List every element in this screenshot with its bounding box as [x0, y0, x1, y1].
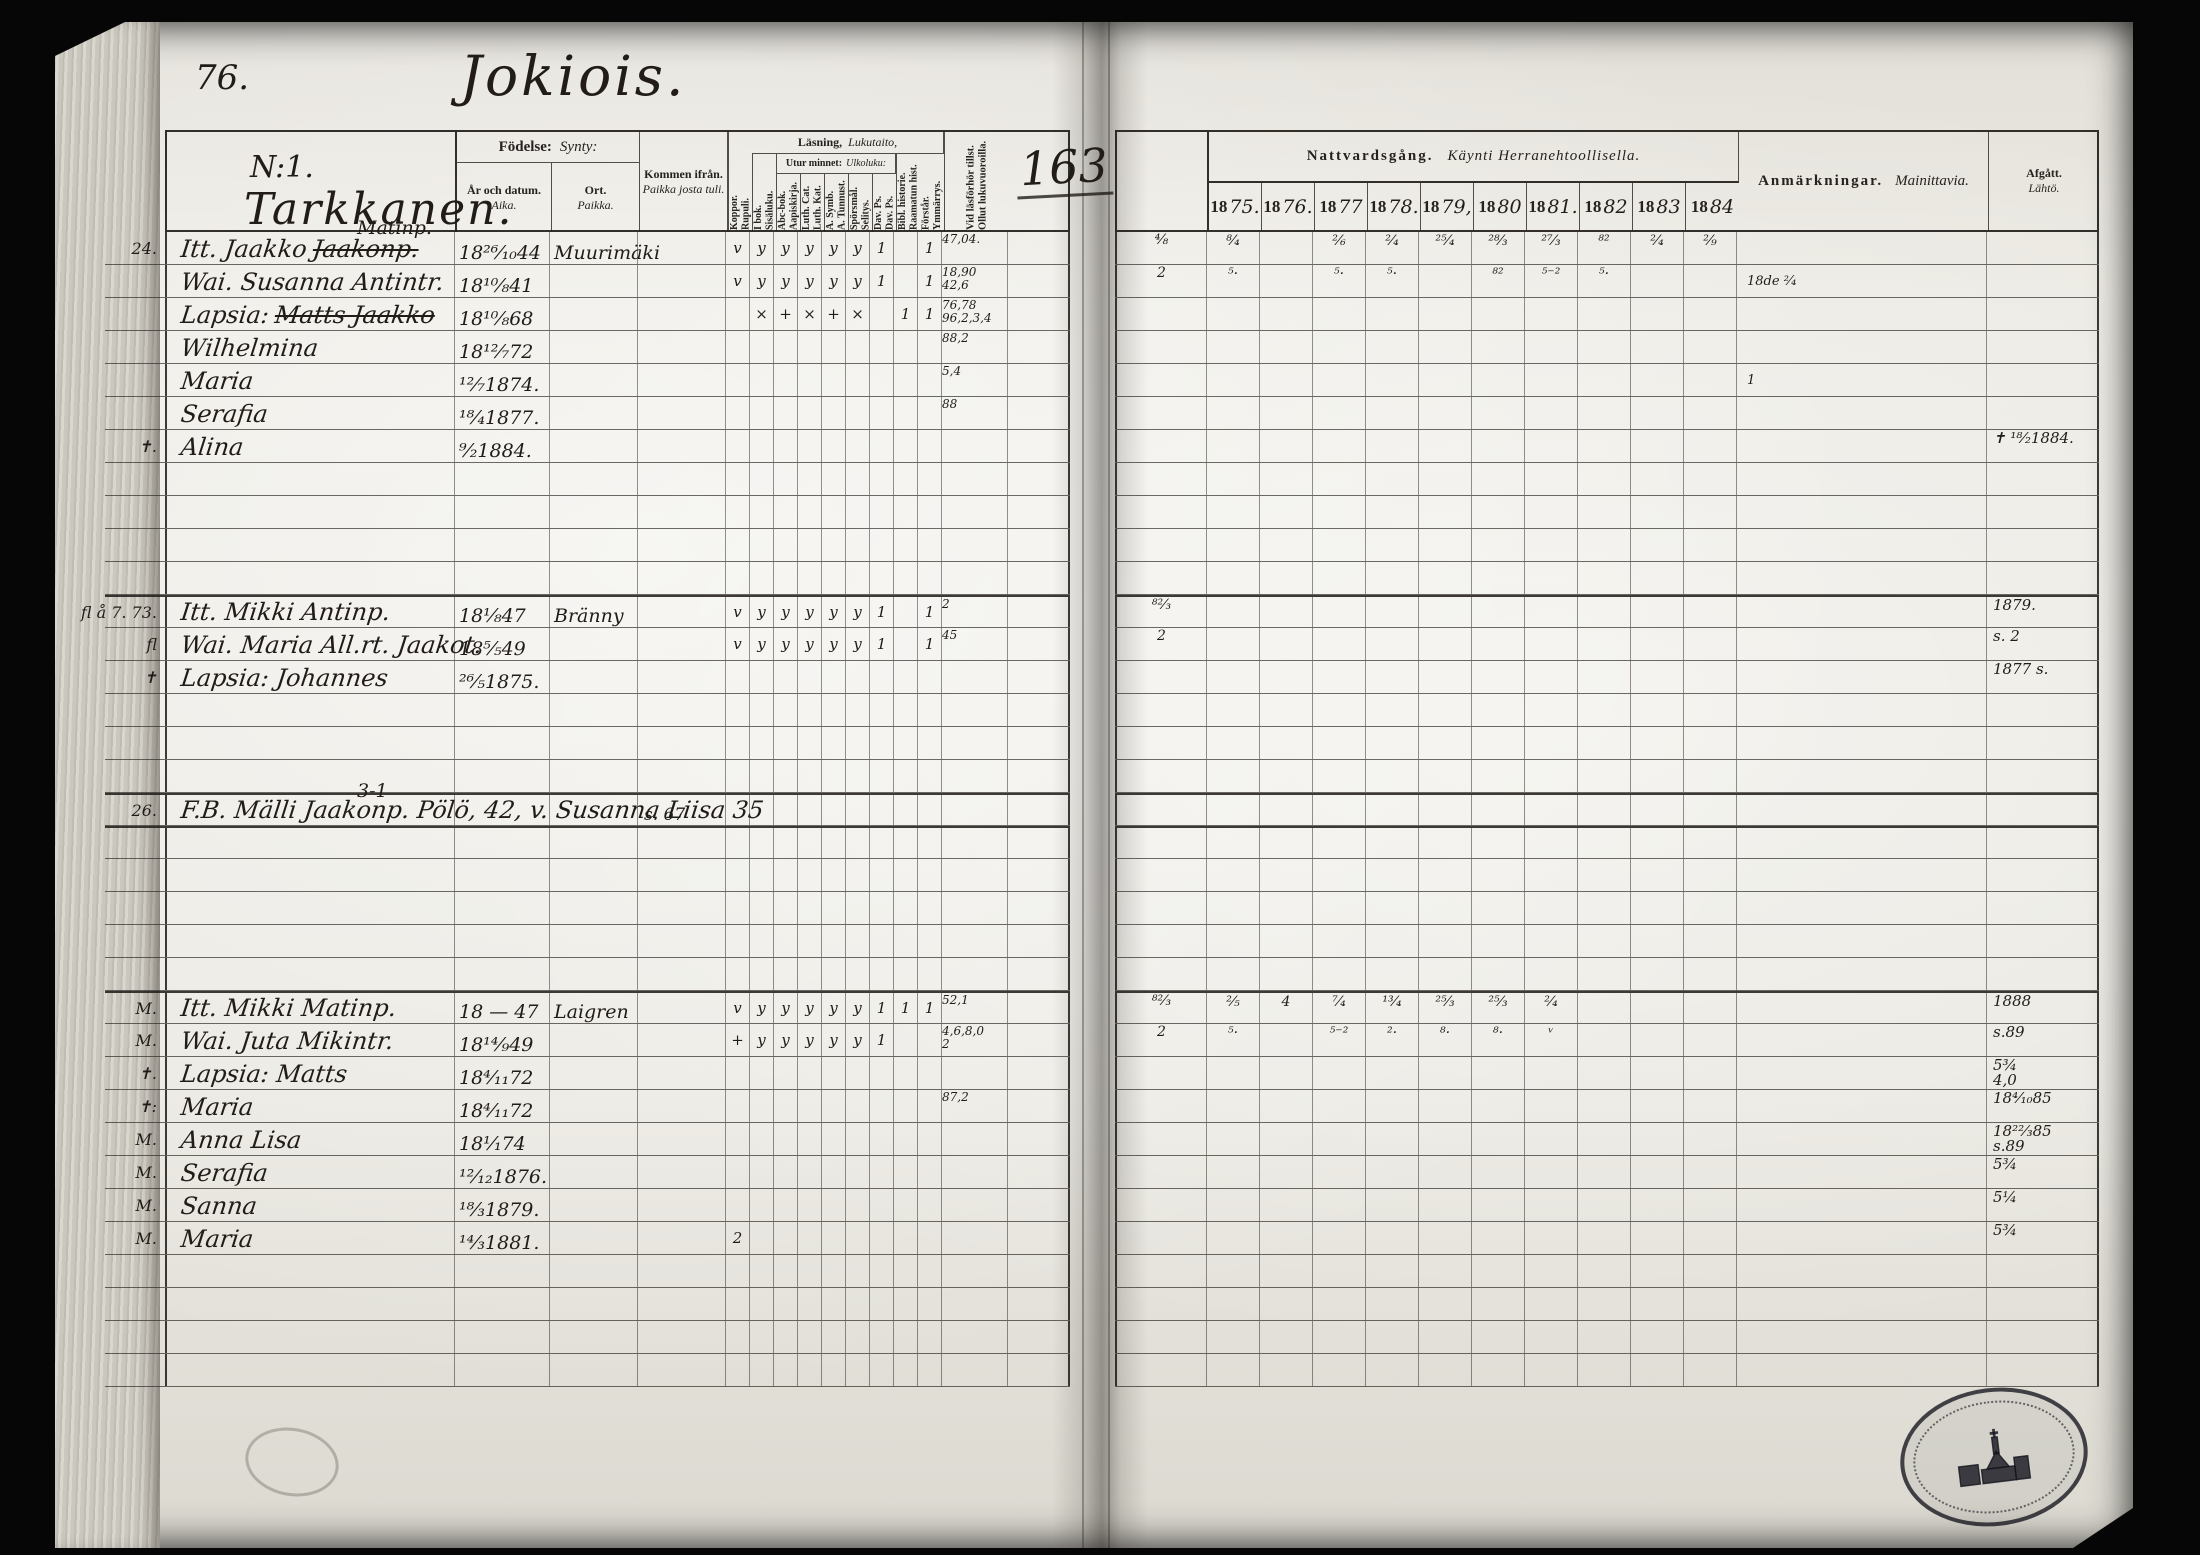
spare-column-header	[1010, 132, 1068, 232]
remarks-cell	[1737, 1354, 1987, 1386]
communion-year-cell	[1631, 1288, 1684, 1320]
row-margin-note: M.	[105, 1189, 165, 1221]
reading-cols: I bok. Sisäluku.Abc-bok. Aapiskirja.Luth…	[752, 132, 944, 232]
attendance-note-cell	[942, 496, 1008, 528]
birth-label-fi: Synty:	[560, 139, 597, 156]
reading-mark-cell	[822, 1057, 846, 1089]
register-row-right	[1115, 298, 2099, 331]
spare-cell	[1008, 1024, 1070, 1056]
reading-mark-cell	[870, 1288, 894, 1320]
communion-year-cell	[1313, 463, 1366, 495]
birth-place-cell	[550, 298, 638, 330]
birth-place-cell	[550, 397, 638, 429]
birth-place-cell	[550, 958, 638, 990]
communion-pre-cell: ⁴⁄₈	[1115, 232, 1207, 264]
reading-mark-cell	[894, 1123, 918, 1155]
reading-mark-cell	[750, 1255, 774, 1287]
birth-date-cell	[455, 795, 550, 825]
communion-year-cell	[1313, 859, 1366, 891]
come-from-header: Kommen ifrån. Paikka josta tuli.	[640, 132, 728, 232]
spare-cell	[1008, 993, 1070, 1023]
communion-year-cell	[1207, 529, 1260, 561]
person-name-cell: F.B. Mälli Jaakonp. Pölö, 42, v. Susanna…	[165, 795, 455, 825]
communion-year-cell	[1578, 892, 1631, 924]
person-name: Serafia	[179, 1158, 269, 1188]
page-edge-line	[1082, 22, 1084, 1548]
reading-mark-cell	[846, 496, 870, 528]
birth-date-cell	[455, 1255, 550, 1287]
communion-pre-cell	[1115, 694, 1207, 726]
communion-year-cell: ²⁵⁄₃	[1472, 993, 1525, 1023]
communion-pre-cell	[1115, 1189, 1207, 1221]
communion-year-cell	[1578, 628, 1631, 660]
remarks-cell	[1737, 760, 1987, 792]
communion-pre-cell	[1115, 859, 1207, 891]
communion-year-cell	[1419, 795, 1472, 825]
reading-mark-cell	[894, 892, 918, 924]
remarks-cell	[1737, 628, 1987, 660]
register-row-left	[105, 826, 1070, 859]
communion-year-cell	[1419, 828, 1472, 858]
birth-date-cell: 18 — 47	[455, 993, 550, 1023]
reading-mark-cell	[750, 1057, 774, 1089]
come-from-cell	[638, 463, 726, 495]
person-name-cell: Anna Lisa	[165, 1123, 455, 1155]
reading-mark-cell	[798, 1189, 822, 1221]
departed-cell	[1987, 760, 2099, 792]
smallpox-mark-cell	[726, 430, 750, 462]
communion-year-cell	[1684, 727, 1737, 759]
remarks-cell	[1737, 1123, 1987, 1155]
person-name-cell	[165, 529, 455, 561]
communion-year-cell	[1631, 529, 1684, 561]
reading-mark-cell	[918, 859, 942, 891]
communion-year-cell	[1419, 1189, 1472, 1221]
register-row-left: M.Anna Lisa18¹⁄₁74	[105, 1123, 1070, 1156]
remarks-cell	[1737, 496, 1987, 528]
communion-year-cell	[1631, 562, 1684, 594]
come-from-cell	[638, 661, 726, 693]
communion-year-cell	[1578, 795, 1631, 825]
communion-year-cell: ²⁄₉	[1684, 232, 1737, 264]
reading-mark-cell	[750, 1321, 774, 1353]
row-margin-note: ✝.	[105, 430, 165, 462]
communion-year-cell	[1472, 628, 1525, 660]
person-name-cell	[165, 925, 455, 957]
folio-number: 76.	[195, 58, 249, 98]
reading-mark-cell	[870, 1222, 894, 1254]
reading-mark-cell	[798, 795, 822, 825]
come-from-cell: s. 67	[638, 795, 726, 825]
reading-mark-cell	[822, 694, 846, 726]
communion-year-cell	[1631, 1255, 1684, 1287]
remarks-cell	[1737, 562, 1987, 594]
register-row-left	[105, 892, 1070, 925]
communion-year-cell	[1313, 958, 1366, 990]
communion-year-cell	[1684, 1321, 1737, 1353]
birth-place-cell	[550, 364, 638, 396]
smallpox-mark-cell: v	[726, 628, 750, 660]
communion-year-cell	[1578, 1156, 1631, 1188]
communion-year-cell	[1207, 331, 1260, 363]
communion-year-cell	[1260, 1222, 1313, 1254]
reading-mark-cell	[798, 463, 822, 495]
register-row-left: M.Serafia¹²⁄₁₂1876.	[105, 1156, 1070, 1189]
communion-year-cell	[1684, 463, 1737, 495]
spare-cell	[1008, 1354, 1070, 1386]
row-margin-note	[105, 298, 165, 330]
smallpox-mark-cell	[726, 1057, 750, 1089]
communion-year-cell	[1419, 430, 1472, 462]
communion-year-cell	[1260, 597, 1313, 627]
reading-col-header: Förstår. Ymmärrys.	[920, 154, 944, 232]
reading-mark-cell: y	[774, 232, 798, 264]
person-name-cell: Wai. Juta Mikintr.	[165, 1024, 455, 1056]
communion-label-fi: Käynti Herranehtoollisella.	[1447, 148, 1640, 165]
communion-year-cell	[1260, 430, 1313, 462]
reading-mark-cell	[918, 1024, 942, 1056]
remarks-cell	[1737, 859, 1987, 891]
reading-mark-cell	[918, 1321, 942, 1353]
communion-year-cell: ᵛ	[1525, 1024, 1578, 1056]
communion-year-cell	[1366, 597, 1419, 627]
departed-label-sv: Afgått.	[2026, 166, 2062, 181]
spare-cell	[1008, 1255, 1070, 1287]
communion-year-cell	[1472, 364, 1525, 396]
communion-year-cell	[1419, 463, 1472, 495]
reading-mark-cell: +	[822, 298, 846, 330]
spare-cell	[1008, 232, 1070, 264]
remarks-cell	[1737, 298, 1987, 330]
reading-mark-cell: y	[846, 1024, 870, 1056]
communion-year-cell	[1313, 298, 1366, 330]
birth-header: Födelse: Synty:	[457, 132, 640, 162]
reading-mark-cell: 1	[870, 232, 894, 264]
communion-year-cell	[1631, 958, 1684, 990]
person-name-cell: Itt. JaakkoJaakonp.Matinp.	[165, 232, 455, 264]
person-name: Sanna	[179, 1191, 259, 1221]
reading-mark-cell	[918, 1090, 942, 1122]
attendance-note-cell	[942, 463, 1008, 495]
reading-mark-cell	[750, 694, 774, 726]
communion-year-cell	[1207, 298, 1260, 330]
reading-mark-cell	[774, 925, 798, 957]
person-name-cell	[165, 1288, 455, 1320]
reading-mark-cell: y	[822, 597, 846, 627]
reading-mark-cell: y	[774, 265, 798, 297]
communion-year-cell	[1631, 298, 1684, 330]
come-from-cell	[638, 993, 726, 1023]
spare-cell	[1008, 628, 1070, 660]
communion-year-cell	[1260, 1288, 1313, 1320]
reading-mark-cell	[846, 331, 870, 363]
reading-mark-cell	[918, 828, 942, 858]
register-row-right	[1115, 496, 2099, 529]
reading-mark-cell: 1	[918, 265, 942, 297]
person-name-cell: Itt. Mikki Matinp.	[165, 993, 455, 1023]
year-header: 1877	[1315, 183, 1368, 230]
reading-mark-cell	[846, 925, 870, 957]
come-from-cell	[638, 1156, 726, 1188]
year-printed: 18	[1210, 197, 1227, 217]
communion-year-cell	[1578, 859, 1631, 891]
register-row-left: Maria¹²⁄₇1874.5,4	[105, 364, 1070, 397]
person-name-cell: Sanna	[165, 1189, 455, 1221]
person-name-cell	[165, 463, 455, 495]
birth-date-cell: 18¹⁴⁄₉49	[455, 1024, 550, 1056]
communion-year-cell: 4	[1260, 993, 1313, 1023]
communion-year-cell	[1207, 364, 1260, 396]
communion-year-cell	[1366, 364, 1419, 396]
register-row-right	[1115, 1288, 2099, 1321]
person-name-cell: Maria	[165, 1090, 455, 1122]
communion-year-cell	[1631, 1156, 1684, 1188]
register-row-left	[105, 496, 1070, 529]
birth-place-cell	[550, 1321, 638, 1353]
reading-mark-cell	[798, 1321, 822, 1353]
remarks-cell	[1737, 232, 1987, 264]
communion-year-cell	[1366, 430, 1419, 462]
communion-year-cell	[1366, 828, 1419, 858]
communion-year-cell	[1631, 463, 1684, 495]
communion-year-cell	[1419, 925, 1472, 957]
register-row-left	[105, 760, 1070, 793]
right-table-header: Nattvardsgång. Käynti Herranehtoollisell…	[1115, 130, 2099, 232]
communion-year-cell	[1313, 364, 1366, 396]
communion-year-cell	[1525, 1222, 1578, 1254]
row-margin-note: ✝:	[105, 1090, 165, 1122]
row-margin-note	[105, 1288, 165, 1320]
left-body: 24.Itt. JaakkoJaakonp.Matinp.18²⁶⁄₁₀44Mu…	[105, 232, 1070, 1387]
row-margin-note	[105, 496, 165, 528]
communion-year-cell: ²⁄₅	[1207, 993, 1260, 1023]
reading-mark-cell	[918, 1288, 942, 1320]
departed-cell: ✝ ¹⁸⁄₂1884.	[1987, 430, 2099, 462]
communion-year-cell	[1366, 1321, 1419, 1353]
register-row-right: 5¾	[1115, 1156, 2099, 1189]
spare-cell	[1008, 694, 1070, 726]
page-edge-line	[1108, 22, 1110, 1548]
smallpox-mark-cell	[726, 1288, 750, 1320]
communion-year-cell	[1578, 1354, 1631, 1386]
communion-pre-cell	[1115, 661, 1207, 693]
attendance-note-cell: 5,4	[942, 364, 1008, 396]
register-row-right: 1	[1115, 364, 2099, 397]
communion-year-cell	[1313, 430, 1366, 462]
reading-mark-cell: y	[846, 628, 870, 660]
reading-mark-cell	[894, 1057, 918, 1089]
communion-year-cell	[1525, 1255, 1578, 1287]
attendance-note-cell: 88,2	[942, 331, 1008, 363]
reading-mark-cell	[774, 1354, 798, 1386]
person-name-struck: Matts Jaakko	[273, 300, 437, 330]
register-row-left: ✝.Alina⁹⁄₂1884.	[105, 430, 1070, 463]
attendance-note-cell	[942, 529, 1008, 561]
reading-mark-cell	[918, 795, 942, 825]
reading-mark-cell	[894, 1255, 918, 1287]
person-name-cell: Maria	[165, 364, 455, 396]
reading-mark-cell: 1	[870, 597, 894, 627]
reading-mark-cell	[918, 496, 942, 528]
communion-pre-cell	[1115, 331, 1207, 363]
communion-year-cell	[1419, 1321, 1472, 1353]
birth-date-cell: 18¹²⁄₇72	[455, 331, 550, 363]
birth-place-header: Ort. Paikka.	[552, 162, 640, 232]
communion-year-cell	[1578, 1123, 1631, 1155]
communion-year-cell	[1419, 892, 1472, 924]
communion-year-cell	[1260, 1123, 1313, 1155]
register-row-left: M.Maria¹⁴⁄₃1881.2	[105, 1222, 1070, 1255]
year-handwritten: 77	[1338, 196, 1362, 218]
register-row-right	[1115, 1321, 2099, 1354]
reading-mark-cell	[774, 331, 798, 363]
communion-year-cell	[1366, 496, 1419, 528]
communion-year-cell	[1684, 828, 1737, 858]
departed-cell	[1987, 727, 2099, 759]
communion-year-cell	[1684, 364, 1737, 396]
remarks-cell	[1737, 828, 1987, 858]
communion-year-cell	[1207, 562, 1260, 594]
communion-year-cell	[1366, 958, 1419, 990]
reading-mark-cell	[750, 331, 774, 363]
remarks-cell	[1737, 925, 1987, 957]
communion-year-cell	[1525, 1288, 1578, 1320]
communion-year-cell	[1684, 597, 1737, 627]
reading-mark-cell	[870, 958, 894, 990]
reading-mark-cell	[774, 661, 798, 693]
reading-mark-cell	[822, 496, 846, 528]
reading-mark-cell	[870, 1354, 894, 1386]
communion-year-cell: ⁵·	[1366, 265, 1419, 297]
communion-year-cell	[1419, 727, 1472, 759]
communion-pre-cell	[1115, 925, 1207, 957]
come-from-cell	[638, 1288, 726, 1320]
communion-year-cell	[1578, 331, 1631, 363]
departed-header: Afgått. Lähtö.	[1989, 132, 2099, 230]
attendance-note-cell	[942, 795, 1008, 825]
communion-year-cell	[1313, 661, 1366, 693]
communion-year-cell	[1207, 1123, 1260, 1155]
communion-year-cell	[1472, 828, 1525, 858]
communion-year-cell: ⁵·	[1313, 265, 1366, 297]
person-name: Wai. Maria All.rt. Jaakot.	[179, 630, 484, 660]
spare-cell	[1008, 597, 1070, 627]
communion-year-cell	[1260, 859, 1313, 891]
communion-year-cell	[1472, 397, 1525, 429]
reading-col-header: Spörsmål. Selitys.	[848, 174, 872, 232]
attendance-note-cell	[942, 892, 1008, 924]
communion-year-cell	[1366, 892, 1419, 924]
reading-mark-cell	[774, 727, 798, 759]
communion-pre-cell	[1115, 1222, 1207, 1254]
communion-year-cell	[1684, 1288, 1737, 1320]
reading-mark-cell	[918, 1222, 942, 1254]
communion-year-cell	[1419, 1090, 1472, 1122]
year-printed: 18	[1263, 197, 1280, 217]
smallpox-mark-cell	[726, 859, 750, 891]
communion-year-cell	[1525, 298, 1578, 330]
communion-year-cell	[1472, 1123, 1525, 1155]
communion-year-cell	[1260, 958, 1313, 990]
come-from-cell	[638, 1189, 726, 1221]
birth-place-cell	[550, 1354, 638, 1386]
register-row-left	[105, 1288, 1070, 1321]
birth-date-cell: ¹⁴⁄₃1881.	[455, 1222, 550, 1254]
register-row-left: Lapsia:Matts Jaakko18¹⁰⁄₈68×+×+×1176,78 …	[105, 298, 1070, 331]
person-name-cell: Serafia	[165, 397, 455, 429]
communion-year-cell	[1313, 1057, 1366, 1089]
remarks-cell: 18de ²⁄₄	[1737, 265, 1987, 297]
reading-mark-cell	[822, 795, 846, 825]
communion-year-cell	[1260, 397, 1313, 429]
communion-year-cell	[1472, 1321, 1525, 1353]
communion-year-cell	[1313, 1222, 1366, 1254]
year-printed: 18	[1637, 197, 1654, 217]
reading-mark-cell	[774, 1123, 798, 1155]
communion-year-cell	[1578, 562, 1631, 594]
communion-year-cell	[1578, 397, 1631, 429]
smallpox-mark-cell	[726, 1090, 750, 1122]
communion-year-cell	[1207, 727, 1260, 759]
reading-mark-cell	[774, 1189, 798, 1221]
communion-year-cell	[1207, 1156, 1260, 1188]
birth-place-cell	[550, 265, 638, 297]
reading-mark-cell: 1	[918, 597, 942, 627]
communion-year-cell: ⁸·	[1472, 1024, 1525, 1056]
reading-mark-cell	[894, 1090, 918, 1122]
birth-date-cell: ²⁶⁄₅1875.	[455, 661, 550, 693]
attendance-note-cell: 47,04.	[942, 232, 1008, 264]
spare-cell	[1008, 1189, 1070, 1221]
communion-year-cell	[1313, 397, 1366, 429]
reading-mark-cell: y	[822, 1024, 846, 1056]
reading-mark-cell	[798, 661, 822, 693]
come-from-cell	[638, 1222, 726, 1254]
row-margin-note	[105, 331, 165, 363]
communion-year-cell	[1631, 265, 1684, 297]
reading-mark-cell	[894, 331, 918, 363]
reading-mark-cell	[870, 1189, 894, 1221]
departed-cell	[1987, 795, 2099, 825]
reading-mark-cell	[846, 562, 870, 594]
reading-mark-cell	[894, 661, 918, 693]
smallpox-mark-cell	[726, 1255, 750, 1287]
communion-pre-cell	[1115, 1156, 1207, 1188]
reading-mark-cell	[894, 529, 918, 561]
come-from-cell	[638, 760, 726, 792]
communion-pre-cell	[1115, 727, 1207, 759]
communion-year-cell	[1313, 795, 1366, 825]
reading-mark-cell	[918, 364, 942, 396]
communion-year-cell	[1207, 628, 1260, 660]
communion-year-cell	[1313, 562, 1366, 594]
communion-year-cell	[1260, 1024, 1313, 1056]
communion-year-cell	[1525, 760, 1578, 792]
reading-mark-cell	[918, 463, 942, 495]
person-name: Maria	[179, 1224, 255, 1254]
communion-year-cell	[1631, 628, 1684, 660]
reading-mark-cell	[894, 1222, 918, 1254]
register-row-right: ⁸²⁄₃1879.	[1115, 595, 2099, 628]
communion-year-cell	[1313, 1090, 1366, 1122]
reading-mark-cell	[846, 1321, 870, 1353]
communion-year-cell	[1207, 463, 1260, 495]
spare-cell	[1008, 1222, 1070, 1254]
communion-pre-cell	[1115, 496, 1207, 528]
communion-year-cell	[1366, 331, 1419, 363]
reading-mark-cell: 1	[894, 993, 918, 1023]
reading-mark-cell: y	[750, 628, 774, 660]
